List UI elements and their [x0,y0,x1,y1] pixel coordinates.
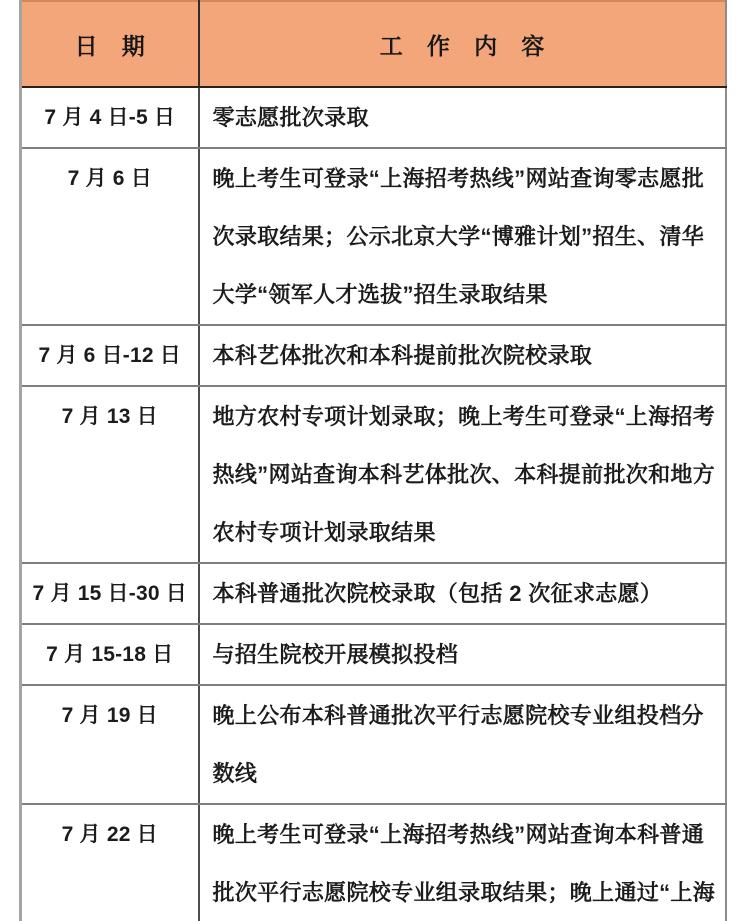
header-date-label: 日期 [51,28,169,61]
content-cell: 本科艺体批次和本科提前批次院校录取 [199,325,726,386]
date-cell: 7 月 22 日 [21,804,199,921]
date-cell: 7 月 15 日-30 日 [21,563,199,624]
date-cell: 7 月 19 日 [21,685,199,804]
table-row: 7 月 4 日-5 日 零志愿批次录取 [21,87,726,148]
content-cell: 与招生院校开展模拟投档 [199,624,726,685]
page: 日期 工作内容 7 月 4 日-5 日 零志愿批次录取 7 月 6 日 晚上考生… [0,0,750,921]
content-cell: 零志愿批次录取 [199,87,726,148]
admission-schedule-table: 日期 工作内容 7 月 4 日-5 日 零志愿批次录取 7 月 6 日 晚上考生… [19,0,727,921]
header-content-label: 工作内容 [356,28,569,61]
header-cell-date: 日期 [21,1,199,87]
date-cell: 7 月 4 日-5 日 [21,87,199,148]
header-row: 日期 工作内容 [21,1,726,87]
content-cell: 本科普通批次院校录取（包括 2 次征求志愿） [199,563,726,624]
table-row: 7 月 19 日 晚上公布本科普通批次平行志愿院校专业组投档分数线 [21,685,726,804]
date-cell: 7 月 6 日 [21,148,199,325]
table-row: 7 月 22 日 晚上考生可登录“上海招考热线”网站查询本科普通批次平行志愿院校… [21,804,726,921]
header-cell-content: 工作内容 [199,1,726,87]
table-row: 7 月 15-18 日 与招生院校开展模拟投档 [21,624,726,685]
table-row: 7 月 13 日 地方农村专项计划录取；晚上考生可登录“上海招考热线”网站查询本… [21,386,726,563]
date-cell: 7 月 15-18 日 [21,624,199,685]
content-cell: 晚上公布本科普通批次平行志愿院校专业组投档分数线 [199,685,726,804]
date-cell: 7 月 6 日-12 日 [21,325,199,386]
table-row: 7 月 15 日-30 日 本科普通批次院校录取（包括 2 次征求志愿） [21,563,726,624]
content-cell: 晚上考生可登录“上海招考热线”网站查询本科普通批次平行志愿院校专业组录取结果；晚… [199,804,726,921]
content-cell: 晚上考生可登录“上海招考热线”网站查询零志愿批次录取结果；公示北京大学“博雅计划… [199,148,726,325]
table-row: 7 月 6 日-12 日 本科艺体批次和本科提前批次院校录取 [21,325,726,386]
table-row: 7 月 6 日 晚上考生可登录“上海招考热线”网站查询零志愿批次录取结果；公示北… [21,148,726,325]
date-cell: 7 月 13 日 [21,386,199,563]
content-cell: 地方农村专项计划录取；晚上考生可登录“上海招考热线”网站查询本科艺体批次、本科提… [199,386,726,563]
